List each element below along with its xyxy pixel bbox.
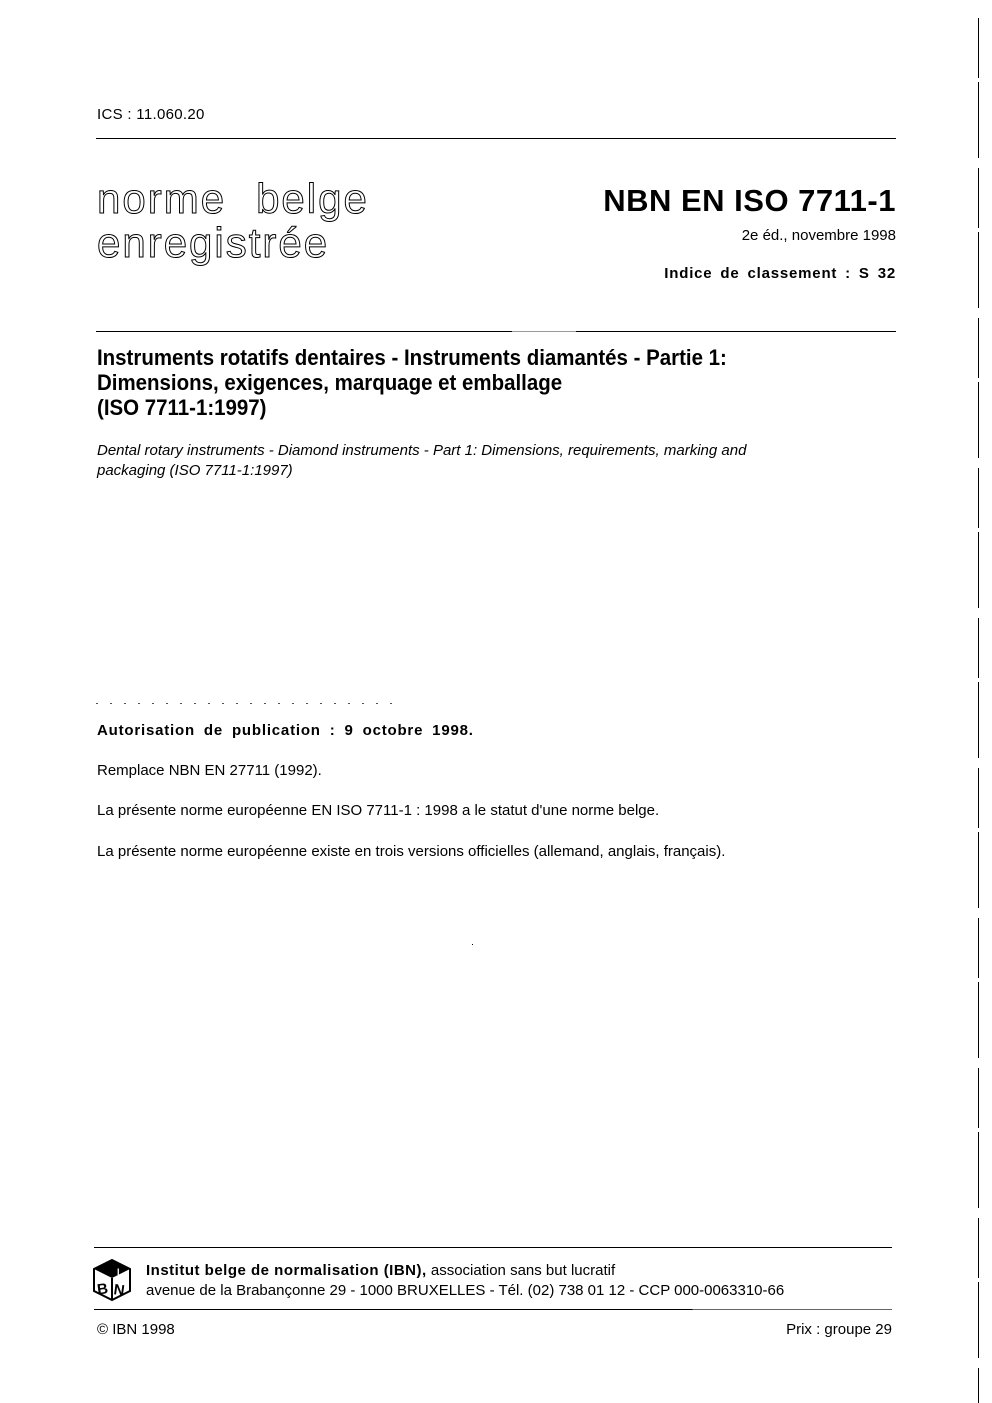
publication-authorization: Autorisation de publication : 9 octobre … [97,722,474,739]
footer-divider-bottom [94,1309,892,1310]
institute-name: Institut belge de normalisation (IBN), [146,1262,427,1279]
status-statement: La présente norme européenne EN ISO 7711… [97,802,659,819]
institute-address: avenue de la Brabançonne 29 - 1000 BRUXE… [146,1282,784,1299]
footer-divider-top [94,1247,892,1248]
institute-line: Institut belge de normalisation (IBN), a… [146,1262,615,1279]
ibn-cube-logo-icon: B N I [92,1258,132,1302]
price-group: Prix : groupe 29 [786,1321,892,1338]
dotted-divider [96,703,398,704]
replaces-statement: Remplace NBN EN 27711 (1992). [97,762,322,779]
mark-word-belge: belge [256,175,369,222]
french-title-line: (ISO 7711-1:1997) [97,395,841,420]
mark-word-norme: norme [97,175,226,222]
institute-description: association sans but lucratif [427,1262,615,1279]
english-title: Dental rotary instruments - Diamond inst… [97,441,897,481]
french-title: Instruments rotatifs dentaires - Instrum… [97,345,841,420]
title-divider [96,331,896,332]
french-title-line: Instruments rotatifs dentaires - Instrum… [97,345,841,370]
mark-line-1: normebelge [97,177,369,221]
scan-artifact [472,944,473,945]
ics-code: ICS : 11.060.20 [97,106,205,123]
versions-statement: La présente norme européenne existe en t… [97,843,725,860]
standard-number: NBN EN ISO 7711-1 [603,183,896,219]
scan-edge-line [978,18,979,1403]
classification-index: Indice de classement : S 32 [664,265,896,282]
norme-belge-enregistree-mark: normebelge enregistrée [97,177,369,265]
svg-text:N: N [113,1281,126,1299]
edition-date: 2e éd., novembre 1998 [742,227,896,244]
english-title-line: Dental rotary instruments - Diamond inst… [97,441,897,461]
header-divider [96,138,896,139]
english-title-line: packaging (ISO 7711-1:1997) [97,461,897,481]
french-title-line: Dimensions, exigences, marquage et embal… [97,370,841,395]
mark-line-2: enregistrée [97,221,369,265]
copyright: © IBN 1998 [97,1321,175,1338]
svg-text:I: I [117,1267,120,1277]
